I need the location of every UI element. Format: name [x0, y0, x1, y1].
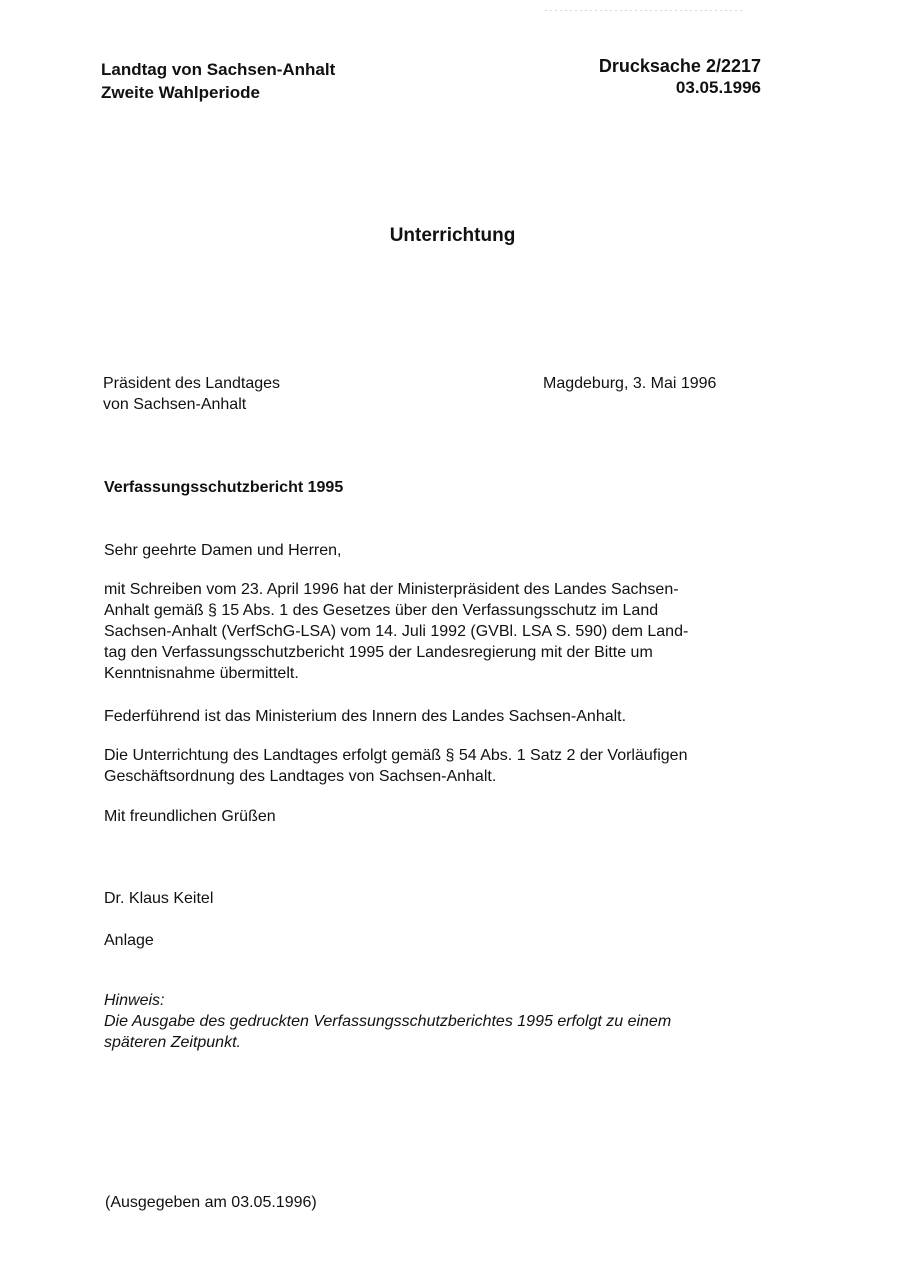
- note-line: späteren Zeitpunkt.: [104, 1032, 804, 1053]
- document-title: Unterrichtung: [0, 225, 900, 247]
- issued-date: (Ausgegeben am 03.05.1996): [105, 1194, 317, 1212]
- text-line: tag den Verfassungsschutzbericht 1995 de…: [104, 642, 804, 663]
- signer-name: Dr. Klaus Keitel: [104, 888, 804, 909]
- text-line: Kenntnisnahme übermittelt.: [104, 663, 804, 684]
- paragraph-3: Die Unterrichtung des Landtages erfolgt …: [104, 745, 804, 787]
- note-label: Hinweis:: [104, 990, 804, 1011]
- paragraph-1: mit Schreiben vom 23. April 1996 hat der…: [104, 579, 804, 684]
- text-line: Sachsen-Anhalt (VerfSchG-LSA) vom 14. Ju…: [104, 621, 804, 642]
- sender-line: Präsident des Landtages: [103, 373, 280, 394]
- attachment-label: Anlage: [104, 930, 804, 951]
- parliament-name: Landtag von Sachsen-Anhalt: [101, 58, 335, 81]
- sender-line: von Sachsen-Anhalt: [103, 394, 280, 415]
- text-line: Die Unterrichtung des Landtages erfolgt …: [104, 745, 804, 766]
- document-number-value: 2/2217: [706, 56, 761, 76]
- sender-block: Präsident des Landtages von Sachsen-Anha…: [103, 373, 280, 415]
- note-line: Die Ausgabe des gedruckten Verfassungssc…: [104, 1011, 804, 1032]
- text-line: mit Schreiben vom 23. April 1996 hat der…: [104, 579, 804, 600]
- text-line: Federführend ist das Ministerium des Inn…: [104, 706, 804, 727]
- paragraph-2: Federführend ist das Ministerium des Inn…: [104, 706, 804, 727]
- header-right: Drucksache 2/2217 03.05.1996: [599, 55, 761, 99]
- place-date: Magdeburg, 3. Mai 1996: [543, 373, 716, 394]
- salutation: Sehr geehrte Damen und Herren,: [104, 540, 804, 561]
- text-line: Geschäftsordnung des Landtages von Sachs…: [104, 766, 804, 787]
- document-number: Drucksache 2/2217: [599, 55, 761, 77]
- document-label: Drucksache: [599, 56, 701, 76]
- election-period: Zweite Wahlperiode: [101, 81, 335, 104]
- header-left: Landtag von Sachsen-Anhalt Zweite Wahlpe…: [101, 58, 335, 104]
- subject-line: Verfassungsschutzbericht 1995: [104, 479, 343, 497]
- closing: Mit freundlichen Grüßen: [104, 806, 804, 827]
- document-date: 03.05.1996: [599, 77, 761, 99]
- scan-artifact: [545, 10, 745, 11]
- note-block: Hinweis: Die Ausgabe des gedruckten Verf…: [104, 990, 804, 1053]
- text-line: Anhalt gemäß § 15 Abs. 1 des Gesetzes üb…: [104, 600, 804, 621]
